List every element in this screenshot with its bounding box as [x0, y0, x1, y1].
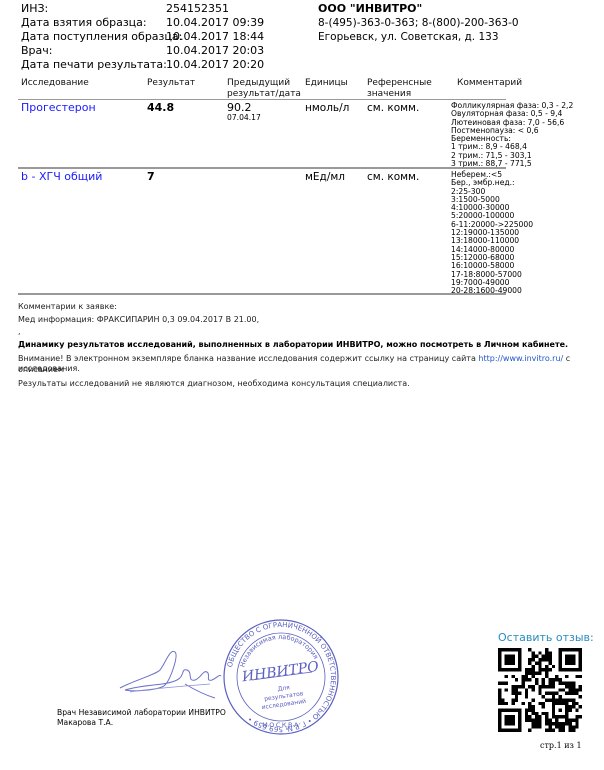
org-address: Егорьевск, ул. Советская, д. 133	[318, 31, 499, 43]
reference: см. комм.	[367, 102, 419, 114]
row-divider	[18, 167, 506, 169]
attention-line2: исследования.	[18, 363, 80, 374]
col-comment: Комментарий	[457, 78, 522, 89]
result-value: 44.8	[147, 101, 174, 114]
table-bottom-divider	[18, 293, 506, 295]
doctor-value: 10.04.2017 20:03	[166, 44, 264, 58]
study-link-progesterone[interactable]: Прогестерон	[21, 101, 96, 114]
disclaimer: Результаты исследований не являются диаг…	[18, 378, 410, 389]
stamp-city: МОСКВА	[262, 721, 300, 729]
reference: см. комм.	[367, 171, 419, 183]
col-reference-line1: Референсные	[367, 78, 432, 89]
col-units: Единицы	[305, 78, 348, 89]
review-qr-code[interactable]	[498, 648, 582, 732]
col-previous: Предыдущий результат/дата	[227, 78, 301, 100]
inz-label: ИНЗ:	[21, 2, 48, 16]
invitro-link[interactable]: http://www.invitro.ru/	[478, 354, 563, 363]
stamp-image: ОБЩЕСТВО С ОГРАНИЧЕННОЙ ОТВЕТСТВЕННОСТЬЮ…	[222, 618, 340, 736]
result-value: 7	[147, 170, 155, 183]
attention-text: Внимание! В электронном экземпляре бланк…	[18, 354, 478, 363]
doctor-title: Врач Независимой лаборатории ИНВИТРО	[57, 708, 226, 718]
col-result: Результат	[147, 78, 195, 89]
org-name: ООО "ИНВИТРО"	[318, 2, 422, 15]
comma: ,	[18, 326, 21, 337]
sample-taken-value: 10.04.2017 09:39	[166, 16, 264, 30]
comments-label: Комментарии к заявке:	[18, 301, 117, 312]
sample-received-label: Дата поступления образца:	[21, 30, 182, 44]
signature-image	[115, 640, 225, 700]
doctor-name: Макарова Т.А.	[57, 718, 113, 728]
org-phones: 8-(495)-363-0-363; 8-(800)-200-363-0	[318, 17, 519, 29]
comment-list: Неберем.:<5 Бер., эмбр.нед.: 2:25-300 3:…	[451, 171, 533, 295]
attention-note: Внимание! В электронном экземпляре бланк…	[18, 353, 604, 375]
units: мЕд/мл	[305, 171, 345, 183]
doctor-label: Врач:	[21, 44, 52, 58]
dynamics-note: Динамику результатов исследований, выпол…	[18, 339, 568, 350]
stamp-brand: ИНВИТРО	[240, 659, 320, 686]
comment-list: Фолликулярная фаза: 0,3 - 2,2 Овуляторна…	[451, 102, 573, 168]
col-previous-line1: Предыдущий	[227, 78, 301, 89]
col-reference: Референсные значения	[367, 78, 432, 100]
sample-received-value: 10.04.2017 18:44	[166, 30, 264, 44]
print-date-label: Дата печати результата:	[21, 58, 167, 72]
col-study: Исследование	[21, 78, 89, 89]
study-link-hcg[interactable]: b - ХГЧ общий	[21, 170, 102, 183]
previous-date: 07.04.17	[227, 113, 261, 122]
header-divider	[18, 99, 506, 100]
units: нмоль/л	[305, 102, 349, 114]
review-title: Оставить отзыв:	[498, 631, 594, 644]
page-number: стр.1 из 1	[540, 741, 582, 750]
inz-value: 254152351	[166, 2, 229, 16]
sample-taken-label: Дата взятия образца:	[21, 16, 147, 30]
med-info: Мед информация: ФРАКСИПАРИН 0,3 09.04.20…	[18, 314, 259, 325]
print-date-value: 10.04.2017 20:20	[166, 58, 264, 72]
